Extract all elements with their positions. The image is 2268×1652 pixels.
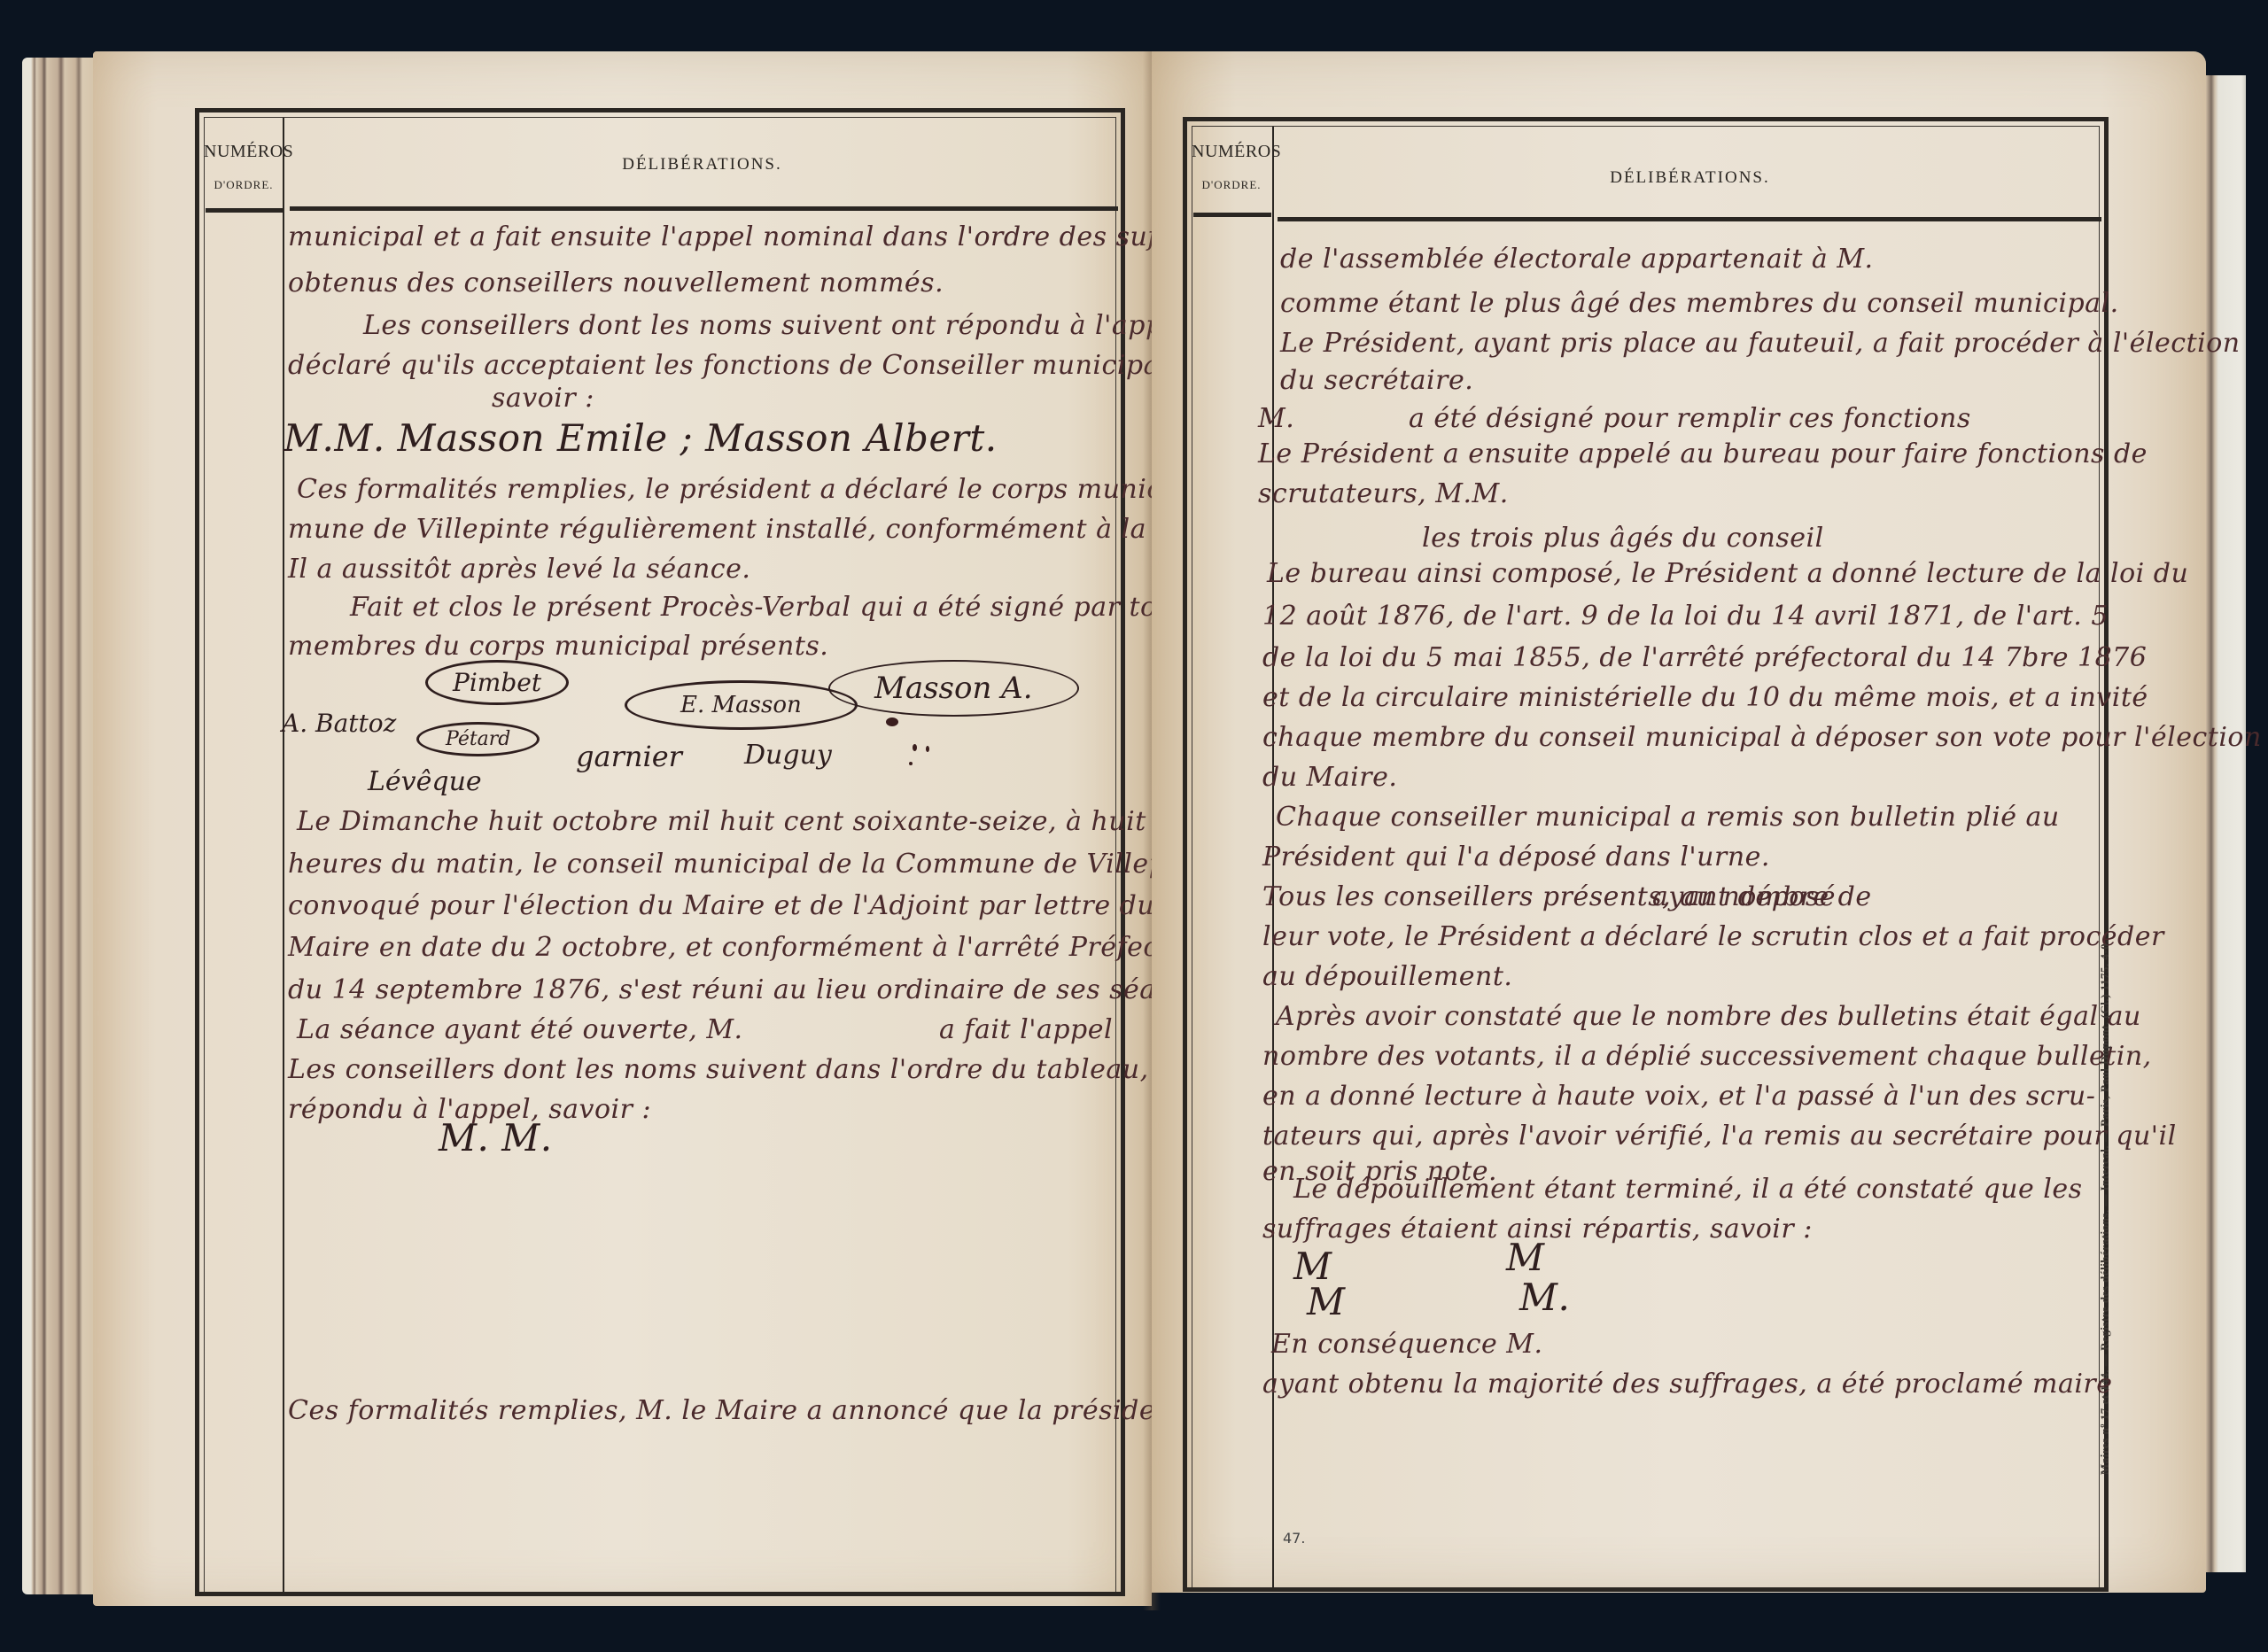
text-line: obtenus des conseillers nouvellement nom…: [288, 268, 944, 299]
text-line: comme étant le plus âgé des membres du c…: [1280, 288, 2119, 319]
text-line: Il a aussitôt après levé la séance.: [288, 554, 750, 585]
signature: A. Battoz: [282, 709, 396, 738]
right-header-deliberations: DÉLIBÉRATIONS.: [1276, 168, 2104, 188]
signature: Lévêque: [368, 766, 482, 797]
text-line: convoqué pour l'élection du Maire et de …: [288, 890, 1154, 921]
text-line: de la loi du 5 mai 1855, de l'arrêté pré…: [1262, 642, 2147, 673]
text-line: scrutateurs, M.M.: [1258, 478, 1509, 509]
text-line: en a donné lecture à haute voix, et l'a …: [1262, 1081, 2095, 1112]
right-page-edges: [2206, 75, 2246, 1572]
signature: Masson A.: [828, 660, 1079, 717]
ink-blot: [909, 762, 913, 765]
left-header-rule-num: [206, 208, 283, 213]
text-line: Le dépouillement étant terminé, il a été…: [1293, 1174, 2083, 1205]
text-line: tateurs qui, après l'avoir vérifié, l'a …: [1262, 1121, 2177, 1152]
left-header-rule-main: [290, 206, 1118, 211]
right-header-rule-main: [1278, 217, 2101, 221]
text-line: Le Président, ayant pris place au fauteu…: [1280, 328, 2241, 359]
text-line: et de la circulaire ministérielle du 10 …: [1262, 682, 2148, 713]
signature: garnier: [576, 740, 682, 773]
right-header-rule-num: [1193, 213, 1271, 217]
signature: E. Masson: [625, 680, 858, 730]
text-line: M.: [1258, 403, 1294, 434]
right-header-numeros: NUMÉROS D'ORDRE.: [1192, 142, 1271, 192]
text-line: Le Président a ensuite appelé au bureau …: [1258, 438, 2148, 469]
text-line: ayant déposé: [1652, 881, 1836, 912]
candidate-placeholder: M.: [1519, 1276, 1570, 1319]
text-line: chaque membre du conseil municipal à dép…: [1262, 722, 2262, 753]
council-members-names: M.M. Masson Emile ; Masson Albert.: [283, 416, 998, 460]
text-line: a été désigné pour remplir ces fonctions: [1409, 403, 1971, 434]
left-page-edges: [22, 58, 97, 1594]
signature: Pimbet: [425, 660, 569, 705]
text-line: Ces formalités remplies, M. le Maire a a…: [288, 1395, 1204, 1426]
text-line: La séance ayant été ouverte, M.: [297, 1014, 743, 1045]
text-line: déclaré qu'ils acceptaient les fonctions…: [288, 350, 1177, 381]
text-line: savoir :: [492, 383, 594, 414]
text-line: du secrétaire.: [1280, 365, 1473, 396]
left-header-deliberations: DÉLIBÉRATIONS.: [288, 155, 1116, 175]
text-line: de l'assemblée électorale appartenait à …: [1280, 244, 1874, 275]
ink-blot: [886, 717, 898, 726]
text-line: nombre des votants, il a déplié successi…: [1262, 1041, 2152, 1072]
text-line: Maire en date du 2 octobre, et conformém…: [288, 932, 1224, 963]
ink-blot: [926, 746, 929, 752]
text-line: municipal et a fait ensuite l'appel nomi…: [288, 221, 1246, 252]
text-line: les trois plus âgés du conseil: [1422, 523, 1824, 554]
candidate-placeholder: M: [1307, 1280, 1346, 1323]
candidate-placeholder: M: [1506, 1236, 1545, 1279]
left-header-numeros: NUMÉROS D'ORDRE.: [204, 142, 283, 192]
pencil-page-number: 47.: [1283, 1530, 1305, 1547]
text-line: Le bureau ainsi composé, le Président a …: [1267, 558, 2188, 589]
text-line: heures du matin, le conseil municipal de…: [288, 849, 1220, 880]
ink-blot: [913, 744, 917, 751]
text-line: du Maire.: [1262, 762, 1397, 793]
text-line: Président qui l'a déposé dans l'urne.: [1262, 842, 1770, 873]
text-line: Les conseillers dont les noms suivent da…: [288, 1054, 1203, 1085]
text-line: Chaque conseiller municipal a remis son …: [1276, 802, 2060, 833]
printer-imprint: Maires nº 17 et 144. — Registre des déli…: [2098, 940, 2112, 1475]
text-line: ayant obtenu la majorité des suffrages, …: [1262, 1369, 2113, 1400]
text-line: Après avoir constaté que le nombre des b…: [1276, 1001, 2141, 1032]
text-line: 12 août 1876, de l'art. 9 de la loi du 1…: [1262, 601, 2109, 632]
text-line: M. M.: [439, 1116, 553, 1160]
text-line: membres du corps municipal présents.: [288, 631, 828, 662]
text-line: leur vote, le Président a déclaré le scr…: [1262, 921, 2164, 952]
text-line: au dépouillement.: [1262, 961, 1512, 992]
signature: Duguy: [744, 740, 832, 771]
text-line: Fait et clos le présent Procès-Verbal qu…: [350, 592, 1237, 623]
signature: Pétard: [416, 722, 540, 756]
text-line: Le Dimanche huit octobre mil huit cent s…: [297, 806, 1146, 837]
text-line: a fait l'appel: [939, 1014, 1113, 1045]
text-line: du 14 septembre 1876, s'est réuni au lie…: [288, 974, 1219, 1005]
text-line: En conséquence M.: [1271, 1329, 1543, 1360]
text-line: mune de Villepinte régulièrement install…: [288, 514, 1199, 545]
